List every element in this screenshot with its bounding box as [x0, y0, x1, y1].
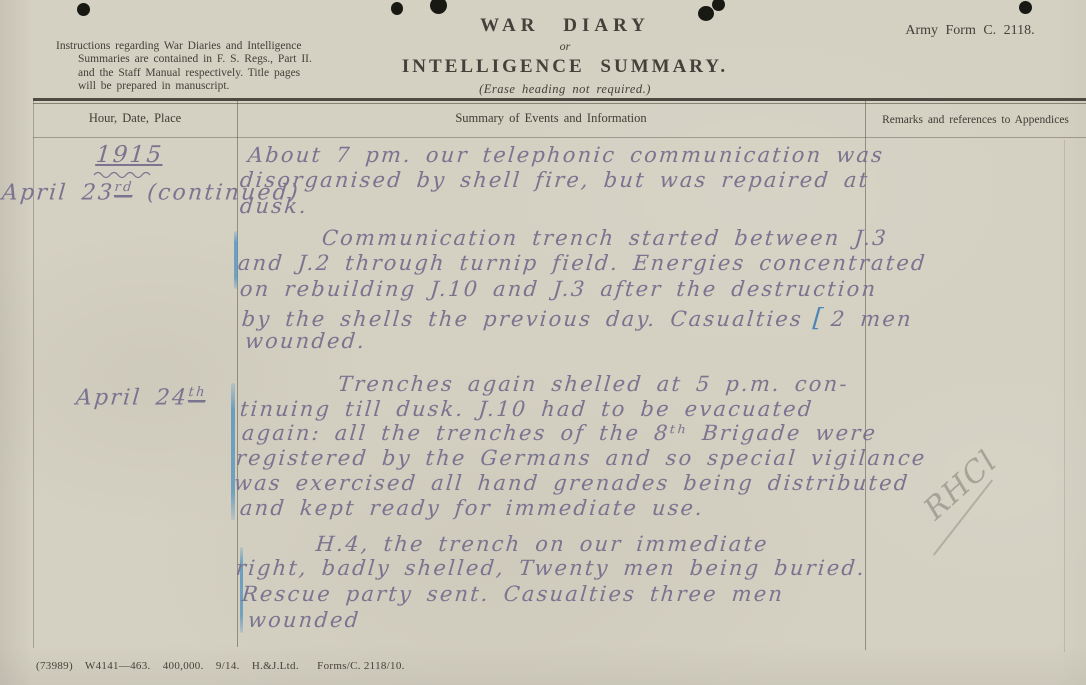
- form-heading: WAR DIARY or INTELLIGENCE SUMMARY. (Eras…: [350, 15, 780, 97]
- form-heading-note: (Erase heading not required.): [350, 82, 780, 97]
- summary-line: About 7 pm. our telephonic communication…: [247, 143, 885, 167]
- date-ordinal: th: [188, 385, 207, 401]
- summary-line: right, badly shelled, Twenty men being b…: [235, 556, 867, 580]
- form-title: WAR DIARY: [350, 15, 780, 37]
- form-title-or: or: [350, 39, 780, 54]
- header-bottom-rule: [33, 137, 1086, 138]
- table-top-rule: [33, 98, 1086, 101]
- date-text: April 24: [75, 385, 189, 410]
- wavy-underline: [92, 170, 158, 178]
- instructions-line: will be prepared in manuscript.: [78, 80, 346, 93]
- column-header-summary: Summary of Events and Information: [237, 111, 865, 126]
- date-ordinal: rd: [114, 180, 134, 196]
- column-header-hour-date-place: Hour, Date, Place: [33, 111, 237, 126]
- date-text: April 23: [1, 180, 115, 205]
- instructions-line: and the Staff Manual respectively. Title…: [78, 67, 346, 80]
- ink-dot: [712, 0, 725, 11]
- summary-line-text: by the shells the previous day. Casualti…: [241, 307, 804, 331]
- form-subtitle: INTELLIGENCE SUMMARY.: [350, 56, 780, 78]
- blue-bracket-mark: [: [812, 303, 827, 332]
- summary-line: disorganised by shell fire, but was repa…: [239, 168, 870, 192]
- instructions-line: Summaries are contained in F. S. Regs., …: [78, 53, 346, 66]
- summary-line: again: all the trenches of the 8ᵗʰ Briga…: [241, 421, 878, 445]
- entry-year: 1915: [95, 142, 165, 168]
- army-form-number: Army Form C. 2118.: [880, 23, 1060, 39]
- instructions-line: Instructions regarding War Diaries and I…: [56, 40, 346, 53]
- summary-line: dusk.: [239, 194, 309, 218]
- summary-line: Communication trench started between J.3: [321, 226, 889, 250]
- summary-line: and kept ready for immediate use.: [239, 496, 705, 520]
- summary-line: Rescue party sent. Casualties three men: [241, 582, 785, 606]
- ink-dot: [430, 0, 447, 14]
- summary-line: was exercised all hand grenades being di…: [233, 471, 911, 495]
- ink-dot: [1019, 1, 1032, 14]
- page-fold-line: [1064, 140, 1065, 652]
- entry-date-april-24: April 24th: [75, 385, 207, 410]
- war-diary-page: Army Form C. 2118. WAR DIARY or INTELLIG…: [0, 0, 1086, 685]
- summary-line: on rebuilding J.10 and J.3 after the des…: [239, 277, 878, 301]
- blue-margin-mark: [231, 383, 235, 520]
- summary-line: H.4, the trench on our immediate: [315, 532, 770, 556]
- ink-dot: [77, 3, 90, 16]
- summary-line: wounded: [247, 608, 361, 632]
- table-top-rule-thin: [33, 103, 1086, 104]
- summary-line: and J.2 through turnip field. Energies c…: [237, 251, 928, 275]
- blue-margin-mark: [234, 231, 238, 289]
- summary-line: tinuing till dusk. J.10 had to be evacua…: [239, 397, 815, 421]
- summary-line: wounded.: [244, 329, 367, 353]
- summary-line-text: 2 men: [830, 307, 914, 331]
- summary-line: registered by the Germans and so special…: [235, 446, 928, 470]
- column-header-remarks: Remarks and references to Appendices: [865, 114, 1086, 126]
- summary-line: Trenches again shelled at 5 p.m. con-: [337, 372, 850, 396]
- ink-dot: [391, 2, 403, 15]
- printers-imprint: (73989) W4141—463. 400,000. 9/14. H.&J.L…: [36, 660, 405, 672]
- instructions-block: Instructions regarding War Diaries and I…: [56, 40, 346, 94]
- remarks-signature: RHCl: [917, 444, 1004, 527]
- summary-line: by the shells the previous day. Casualti…: [241, 303, 915, 332]
